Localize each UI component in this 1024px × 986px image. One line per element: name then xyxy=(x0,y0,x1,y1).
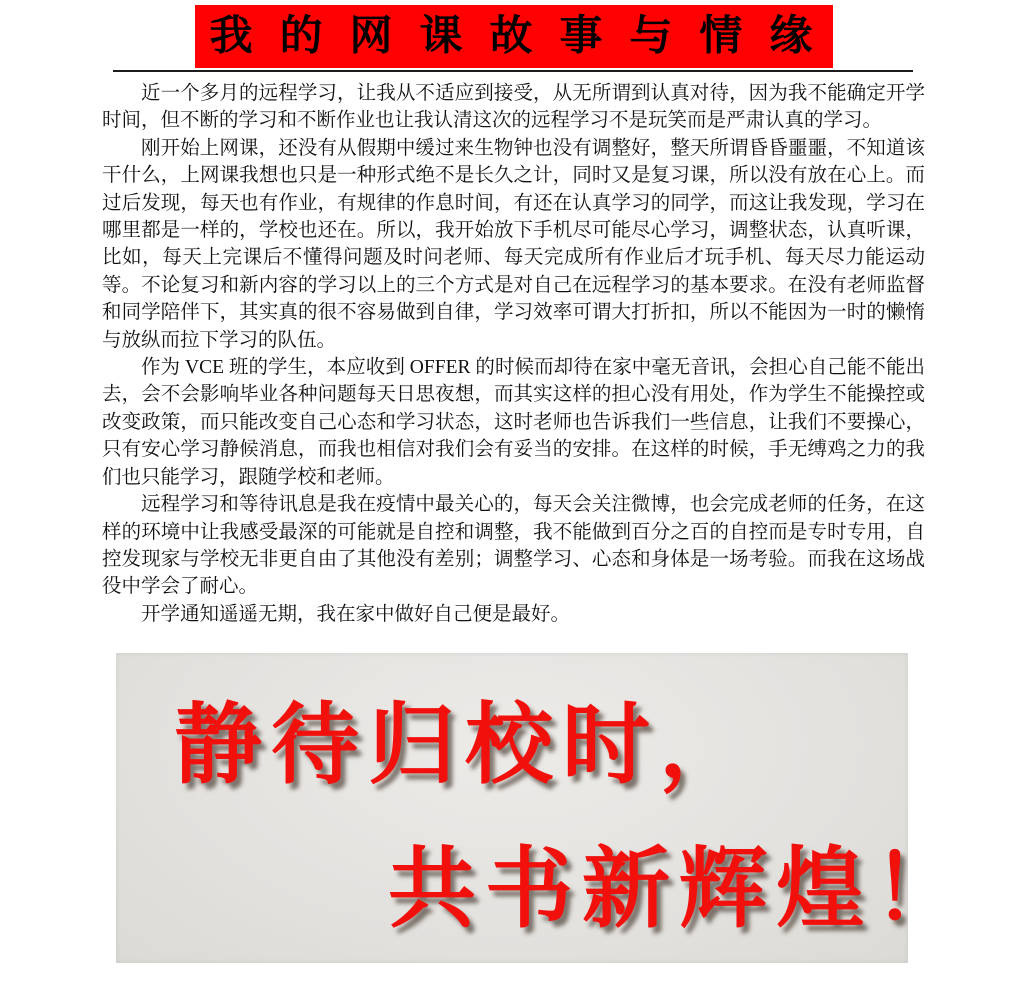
article-paragraph: 作为 VCE 班的学生，本应收到 OFFER 的时候而却待在家中毫无音讯，会担心… xyxy=(102,354,925,491)
document-page: 我 的 网 课 故 事 与 情 缘 近一个多月的远程学习，让我从不适应到接受，从… xyxy=(0,0,1024,986)
poster-line-2: 共书新辉煌！ xyxy=(388,845,908,933)
article-paragraph: 远程学习和等待讯息是我在疫情中最关心的，每天会关注微博，也会完成老师的任务，在这… xyxy=(102,491,925,601)
poster-image: 静待归校时， 共书新辉煌！ xyxy=(116,653,908,963)
article-paragraph: 开学通知遥遥无期，我在家中做好自己便是最好。 xyxy=(102,601,925,628)
article-body: 近一个多月的远程学习，让我从不适应到接受，从无所谓到认真对待，因为我不能确定开学… xyxy=(102,80,925,628)
title-divider xyxy=(113,70,913,72)
article-paragraph: 刚开始上网课，还没有从假期中缓过来生物钟也没有调整好，整天所谓昏昏噩噩，不知道该… xyxy=(102,135,925,354)
page-title: 我 的 网 课 故 事 与 情 缘 xyxy=(210,16,819,58)
article-paragraph: 近一个多月的远程学习，让我从不适应到接受，从无所谓到认真对待，因为我不能确定开学… xyxy=(102,80,925,135)
poster-line-1: 静待归校时， xyxy=(174,701,756,789)
title-banner: 我 的 网 课 故 事 与 情 缘 xyxy=(195,5,833,68)
